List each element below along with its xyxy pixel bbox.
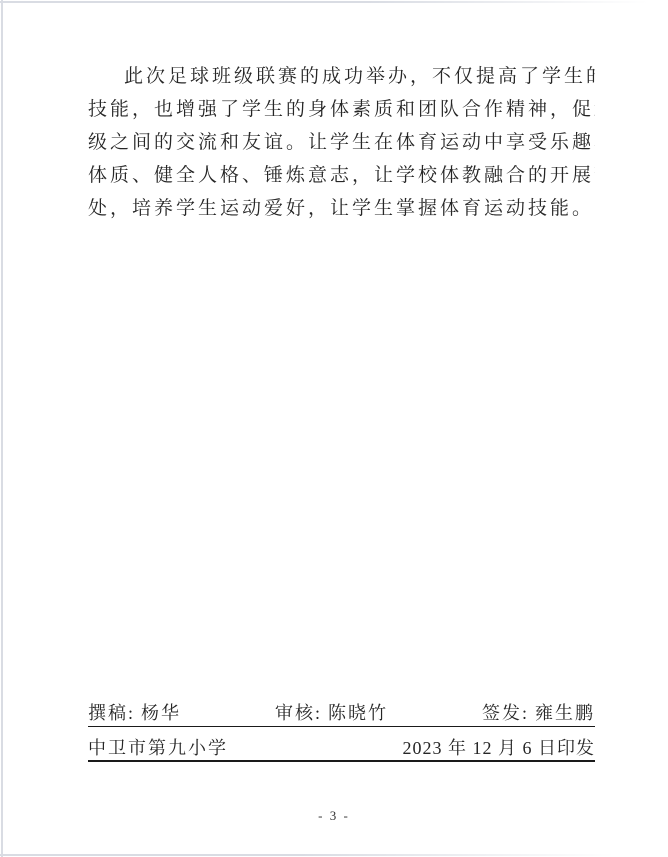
drafter-name: 杨华 (141, 703, 181, 723)
page-edge-top (0, 1, 668, 3)
issuer-field: 签发:雍生鹏 (482, 699, 595, 725)
reviewer-field: 审核:陈晓竹 (275, 699, 388, 725)
paragraph-line-2: 技能，也增强了学生的身体素质和团队合作精神，促进了班 (88, 93, 595, 126)
page-edge-bottom (0, 854, 668, 856)
page-edge-left (1, 0, 3, 857)
document-footer: 撰稿:杨华 审核:陈晓竹 签发:雍生鹏 中卫市第九小学 2023 年 12 月 … (88, 699, 595, 762)
document-page: 此次足球班级联赛的成功举办，不仅提高了学生的足球 技能，也增强了学生的身体素质和… (0, 0, 668, 857)
paragraph-line-1: 此次足球班级联赛的成功举办，不仅提高了学生的足球 (88, 60, 595, 93)
reviewer-name: 陈晓竹 (328, 703, 388, 723)
drafter-label: 撰稿: (88, 703, 135, 723)
organization-name: 中卫市第九小学 (88, 734, 228, 760)
print-date: 2023 年 12 月 6 日印发 (403, 734, 596, 760)
signature-row: 撰稿:杨华 审核:陈晓竹 签发:雍生鹏 (88, 699, 595, 725)
paragraph-line-5: 处，培养学生运动爱好，让学生掌握体育运动技能。 (88, 192, 595, 225)
paragraph-line-4: 体质、健全人格、锤炼意志，让学校体教融合的开展落到实 (88, 159, 595, 192)
body-paragraph: 此次足球班级联赛的成功举办，不仅提高了学生的足球 技能，也增强了学生的身体素质和… (88, 60, 595, 225)
footer-divider-thick (88, 760, 595, 762)
reviewer-label: 审核: (275, 703, 322, 723)
issue-row: 中卫市第九小学 2023 年 12 月 6 日印发 (88, 727, 595, 760)
paragraph-line-3: 级之间的交流和友谊。让学生在体育运动中享受乐趣、增强 (88, 126, 595, 159)
page-number: - 3 - (0, 808, 668, 824)
issuer-name: 雍生鹏 (535, 703, 595, 723)
issuer-label: 签发: (482, 703, 529, 723)
drafter-field: 撰稿:杨华 (88, 699, 181, 725)
